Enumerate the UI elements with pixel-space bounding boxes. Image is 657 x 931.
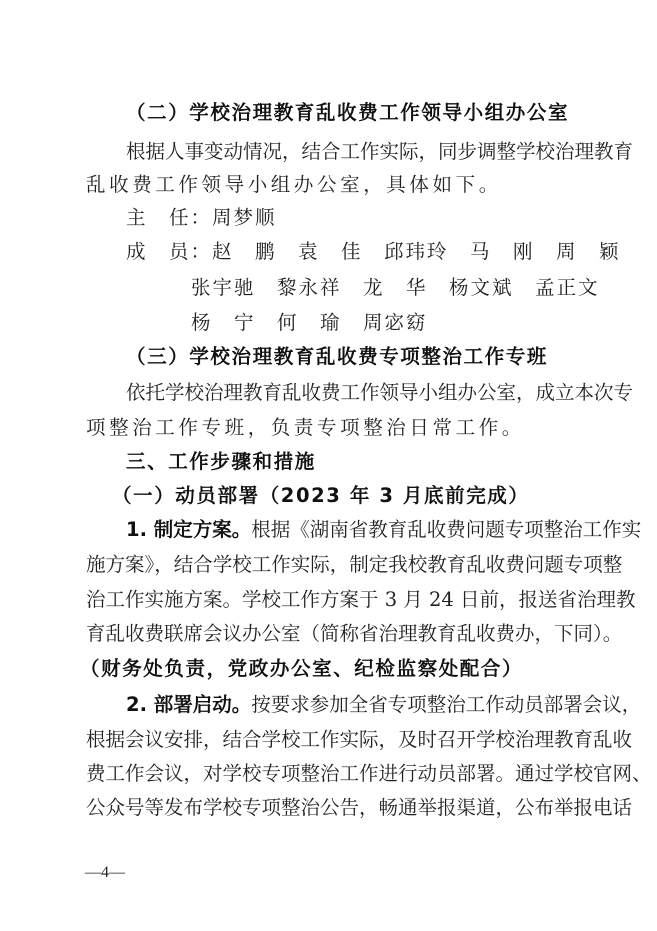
step-1-heading: （一）动员部署（2023 年 3 月底前完成） [112, 484, 596, 508]
section-2-paragraph-line: 根据人事变动情况，结合工作实际，同步调整学校治理教育 [126, 140, 570, 164]
item-1-line: 治工作实施方案。学校工作方案于 3 月 24 日前，报送省治理教 [86, 588, 570, 612]
section-2-heading: （二）学校治理教育乱收费工作领导小组办公室 [126, 101, 570, 125]
section-3-paragraph-line: 项整治工作专班，负责专项整治日常工作。 [86, 416, 570, 440]
director-row: 主 任：周梦顺 [126, 206, 570, 230]
members-list: 张宇驰 黎永祥 龙 华 杨文斌 孟正文 [191, 276, 657, 300]
page-number: —4— [85, 864, 125, 882]
members-label: 成 员： [126, 240, 212, 263]
item-2-title: 2. 部署启动。 [126, 693, 251, 716]
part-3-heading: 三、工作步骤和措施 [126, 450, 570, 474]
item-1-text: 根据《湖南省教育乱收费问题专项整治工作实 [251, 518, 641, 541]
item-2-line: 2. 部署启动。按要求参加全省专项整治工作动员部署会议， [126, 693, 570, 717]
item-2-text: 按要求参加全省专项整治工作动员部署会议， [251, 693, 641, 716]
item-1-title: 1. 制定方案。 [126, 518, 251, 541]
item-2-line: 公众号等发布学校专项整治公告，畅通举报渠道，公布举报电话 [86, 796, 570, 820]
item-1-line: 施方案》，结合学校工作实际，制定我校教育乱收费问题专项整 [86, 553, 570, 577]
section-3-paragraph-line: 依托学校治理教育乱收费工作领导小组办公室，成立本次专 [126, 381, 570, 405]
section-2-paragraph-line: 乱收费工作领导小组办公室，具体如下。 [86, 173, 570, 197]
members-list: 杨 宁 何 瑜 周宓窈 [191, 311, 657, 335]
item-1-line: 育乱收费联席会议办公室（简称省治理教育乱收费办，下同）。 [86, 622, 570, 646]
item-1-responsible: （财务处负责，党政办公室、纪检监察处配合） [80, 657, 564, 681]
members-row: 成 员：赵 鹏 袁 佳 邱玮玲 马 刚 周 颖 [126, 240, 570, 264]
section-3-heading: （三）学校治理教育乱收费专项整治工作专班 [126, 345, 570, 369]
members-list: 赵 鹏 袁 佳 邱玮玲 马 刚 周 颖 [212, 240, 621, 263]
director-name: 周梦顺 [212, 206, 277, 229]
director-label: 主 任： [126, 206, 212, 229]
item-1-line: 1. 制定方案。根据《湖南省教育乱收费问题专项整治工作实 [126, 518, 570, 542]
item-2-line: 根据会议安排，结合学校工作实际，及时召开学校治理教育乱收 [86, 728, 570, 752]
item-2-line: 费工作会议，对学校专项整治工作进行动员部署。通过学校官网、 [86, 762, 570, 786]
